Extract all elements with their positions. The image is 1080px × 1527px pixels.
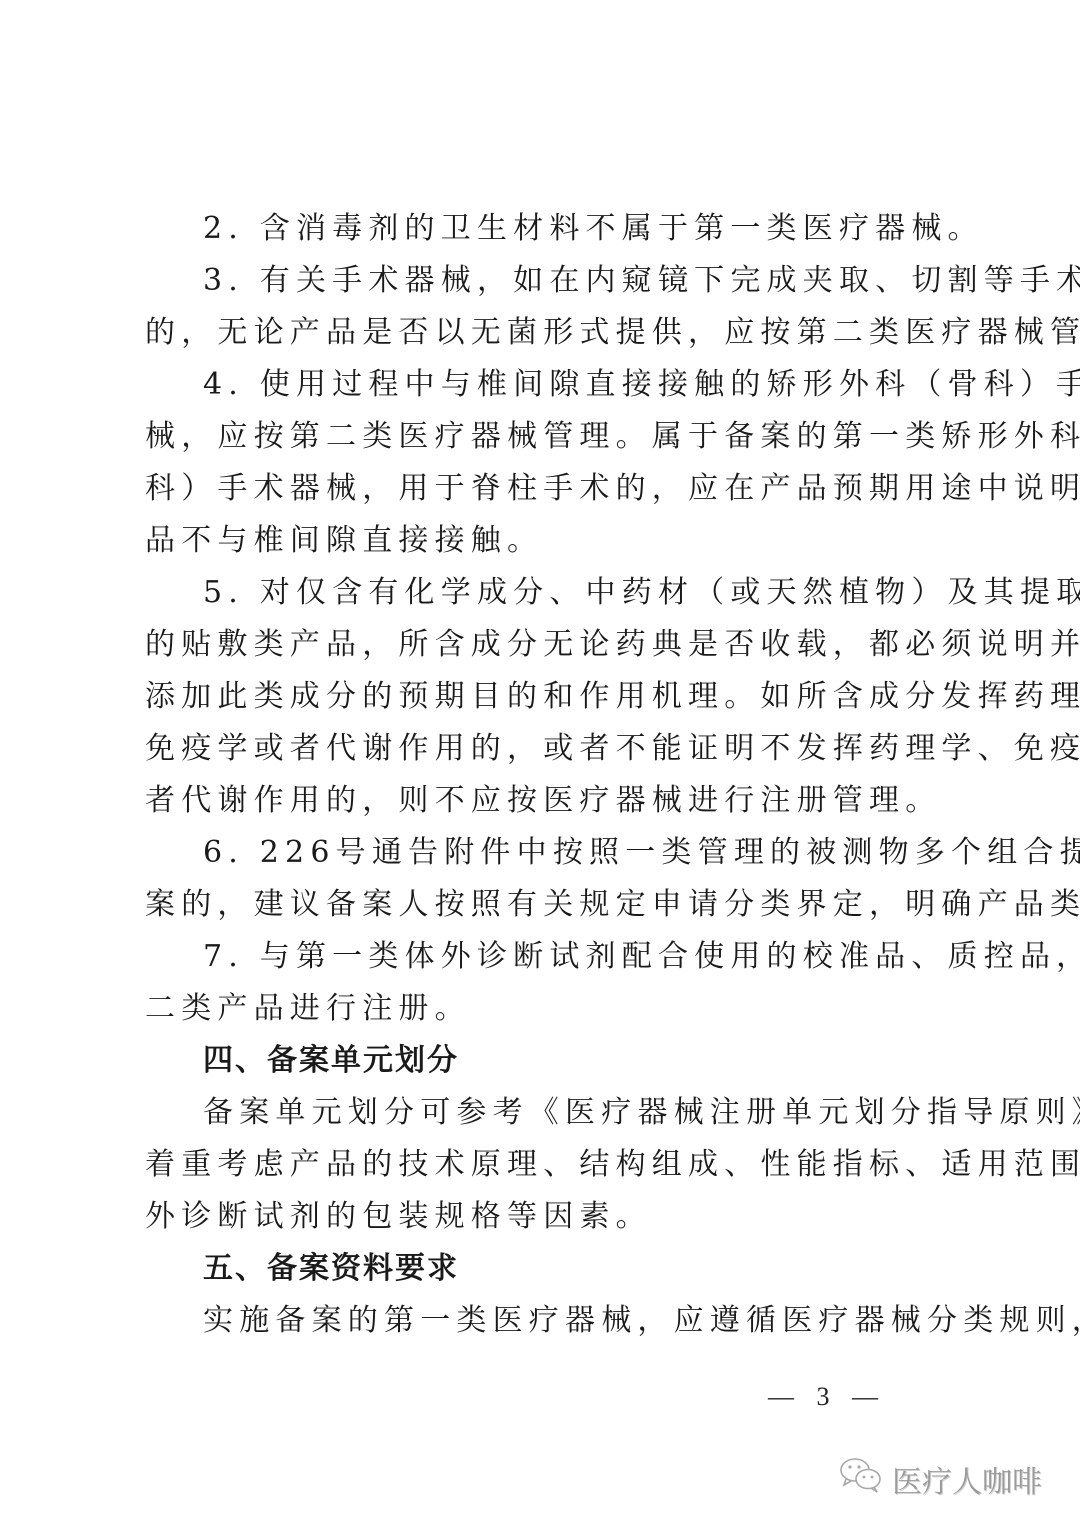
paragraph-line: 实施备案的第一类医疗器械，应遵循医疗器械分类规则，根 [145,1295,945,1347]
paragraph-line: 5. 对仅含有化学成分、中药材（或天然植物）及其提取物等 [145,567,945,619]
paragraph-line: 免疫学或者代谢作用的，或者不能证明不发挥药理学、免疫学或 [145,723,945,775]
paragraph-line: 备案单元划分可参考《医疗器械注册单元划分指导原则》， [145,1087,945,1139]
paragraph-line: 的贴敷类产品，所含成分无论药典是否收载，都必须说明并验证 [145,619,945,671]
paragraph-line: 6. 226号通告附件中按照一类管理的被测物多个组合提交备 [145,827,945,879]
paragraph-line: 品不与椎间隙直接接触。 [145,515,945,567]
document-page: 2. 含消毒剂的卫生材料不属于第一类医疗器械。 3. 有关手术器械，如在内窥镜下… [145,203,945,1347]
paragraph-line: 者代谢作用的，则不应按医疗器械进行注册管理。 [145,775,945,827]
paragraph-line: 7. 与第一类体外诊断试剂配合使用的校准品、质控品，按第 [145,931,945,983]
paragraph-line: 案的，建议备案人按照有关规定申请分类界定，明确产品类别。 [145,879,945,931]
paragraph-line: 3. 有关手术器械，如在内窥镜下完成夹取、切割等手术操作 [145,255,945,307]
paragraph-line: 4. 使用过程中与椎间隙直接接触的矫形外科（骨科）手术器 [145,359,945,411]
page-number: — 3 — [768,1382,886,1412]
paragraph-line: 械，应按第二类医疗器械管理。属于备案的第一类矫形外科（骨 [145,411,945,463]
paragraph-line: 着重考虑产品的技术原理、结构组成、性能指标、适用范围及体 [145,1139,945,1191]
section-heading: 四、备案单元划分 [145,1035,945,1087]
section-heading: 五、备案资料要求 [145,1243,945,1295]
wechat-icon [858,1455,884,1503]
paragraph-line: 添加此类成分的预期目的和作用机理。如所含成分发挥药理学、 [145,671,945,723]
paragraph-line: 科）手术器械，用于脊柱手术的，应在产品预期用途中说明该产 [145,463,945,515]
paragraph-line: 2. 含消毒剂的卫生材料不属于第一类医疗器械。 [145,203,945,255]
paragraph-line: 的，无论产品是否以无菌形式提供，应按第二类医疗器械管理。 [145,307,945,359]
paragraph-line: 外诊断试剂的包装规格等因素。 [145,1191,945,1243]
watermark-text: 医疗人咖啡 [892,1457,1042,1501]
watermark: 医疗人咖啡 [858,1455,1042,1503]
paragraph-line: 二类产品进行注册。 [145,983,945,1035]
